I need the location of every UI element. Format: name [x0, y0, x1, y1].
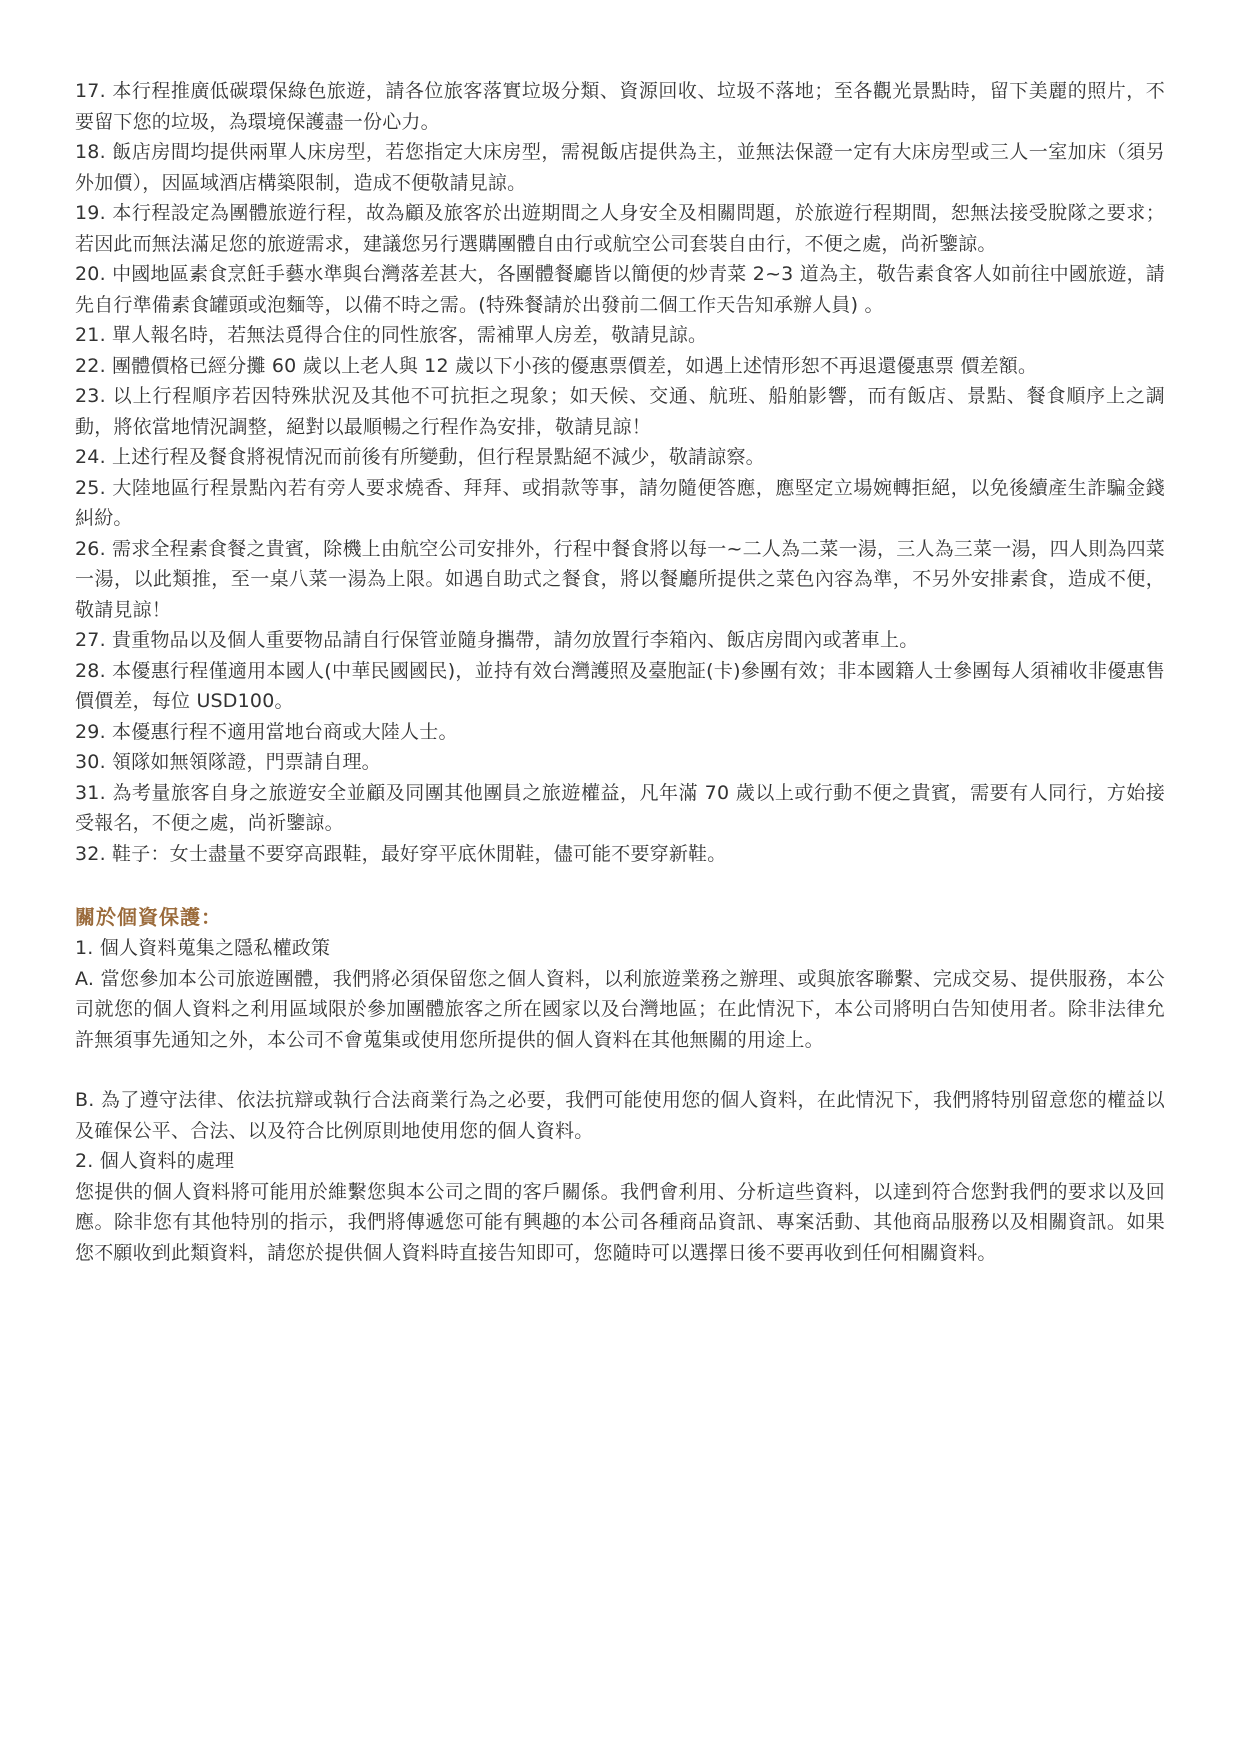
note-item-27: 27. 貴重物品以及個人重要物品請自行保管並隨身攜帶，請勿放置行李箱內、飯店房間…: [75, 625, 1165, 656]
note-item-18: 18. 飯店房間均提供兩單人床房型，若您指定大床房型，需視飯店提供為主，並無法保…: [75, 137, 1165, 198]
note-item-23: 23. 以上行程順序若因特殊狀況及其他不可抗拒之現象；如天候、交通、航班、船舶影…: [75, 381, 1165, 442]
note-item-28: 28. 本優惠行程僅適用本國人(中華民國國民)，並持有效台灣護照及臺胞証(卡)參…: [75, 656, 1165, 717]
note-item-30: 30. 領隊如無領隊證，門票請自理。: [75, 747, 1165, 778]
note-item-29: 29. 本優惠行程不適用當地台商或大陸人士。: [75, 717, 1165, 748]
privacy-section: 關於個資保護： 1. 個人資料蒐集之隱私權政策 A. 當您參加本公司旅遊團體，我…: [75, 901, 1165, 1268]
privacy-section1-b: B. 為了遵守法律、依法抗辯或執行合法商業行為之必要，我們可能使用您的個人資料，…: [75, 1085, 1165, 1146]
privacy-heading: 關於個資保護：: [75, 901, 1165, 933]
note-item-17: 17. 本行程推廣低碳環保綠色旅遊，請各位旅客落實垃圾分類、資源回收、垃圾不落地…: [75, 76, 1165, 137]
note-item-19: 19. 本行程設定為團體旅遊行程，故為顧及旅客於出遊期間之人身安全及相關問題，於…: [75, 198, 1165, 259]
note-item-25: 25. 大陸地區行程景點內若有旁人要求燒香、拜拜、或捐款等事，請勿隨便答應，應堅…: [75, 473, 1165, 534]
privacy-section2-body: 您提供的個人資料將可能用於維繫您與本公司之間的客戶關係。我們會利用、分析這些資料…: [75, 1177, 1165, 1269]
note-item-20: 20. 中國地區素食烹飪手藝水準與台灣落差甚大，各團體餐廳皆以簡便的炒青菜 2~…: [75, 259, 1165, 320]
note-item-24: 24. 上述行程及餐食將視情況而前後有所變動，但行程景點絕不減少，敬請諒察。: [75, 442, 1165, 473]
privacy-section1-a: A. 當您參加本公司旅遊團體，我們將必須保留您之個人資料，以利旅遊業務之辦理、或…: [75, 964, 1165, 1056]
privacy-section2-title: 2. 個人資料的處理: [75, 1146, 1165, 1177]
note-item-21: 21. 單人報名時，若無法覓得合住的同性旅客，需補單人房差，敬請見諒。: [75, 320, 1165, 351]
travel-notes-list: 17. 本行程推廣低碳環保綠色旅遊，請各位旅客落實垃圾分類、資源回收、垃圾不落地…: [75, 76, 1165, 869]
note-item-26: 26. 需求全程素食餐之貴賓，除機上由航空公司安排外，行程中餐食將以每一~二人為…: [75, 534, 1165, 626]
privacy-section1-title: 1. 個人資料蒐集之隱私權政策: [75, 933, 1165, 964]
document-page: 17. 本行程推廣低碳環保綠色旅遊，請各位旅客落實垃圾分類、資源回收、垃圾不落地…: [75, 76, 1165, 1268]
note-item-31: 31. 為考量旅客自身之旅遊安全並顧及同團其他團員之旅遊權益，凡年滿 70 歲以…: [75, 778, 1165, 839]
paragraph-spacer: [75, 1055, 1165, 1085]
note-item-32: 32. 鞋子：女士盡量不要穿高跟鞋，最好穿平底休閒鞋，儘可能不要穿新鞋。: [75, 839, 1165, 870]
note-item-22: 22. 團體價格已經分攤 60 歲以上老人與 12 歲以下小孩的優惠票價差，如遇…: [75, 351, 1165, 382]
